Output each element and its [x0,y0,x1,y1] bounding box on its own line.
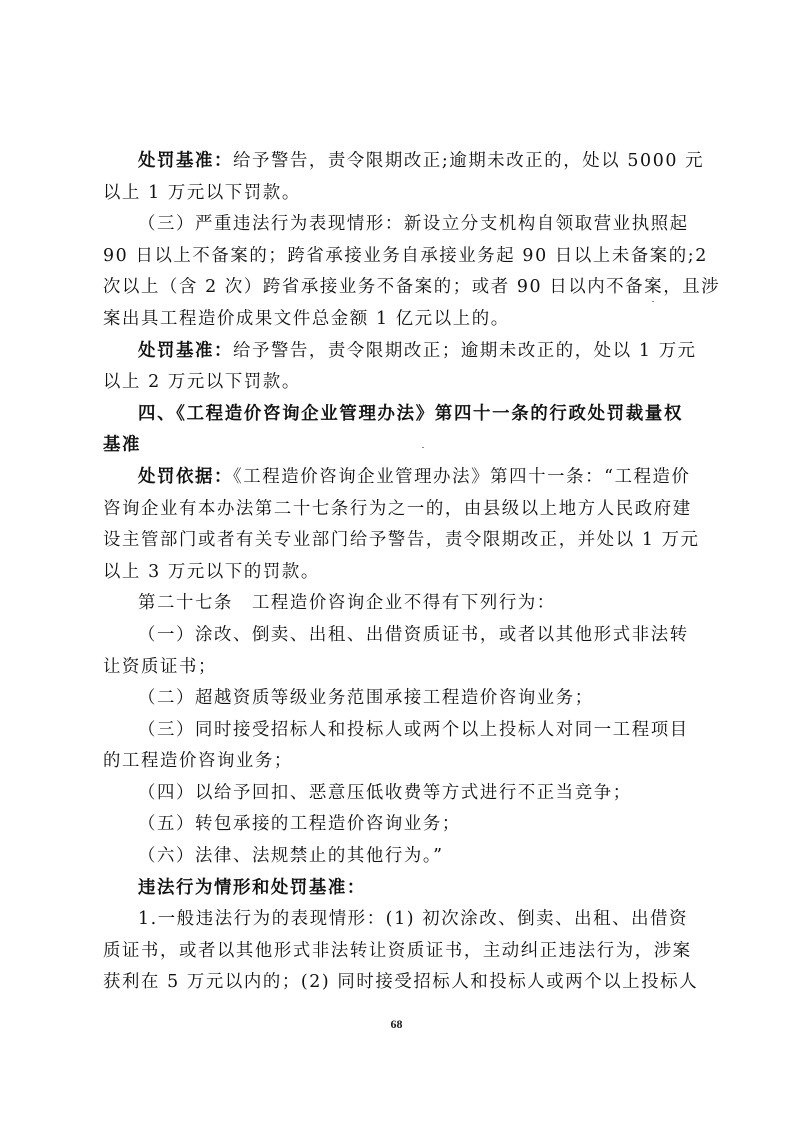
list-item-6: （六）法律、法规禁止的其他行为。” [103,841,683,873]
text-line: 以上 3 万元以下的罚款。 [103,557,683,589]
text-line: 咨询企业有本办法第二十七条行为之一的，由县级以上地方人民政府建 [103,494,683,526]
text-line: 让资质证书； [103,652,683,684]
text-line: 90 日以上不备案的；跨省承接业务自承接业务起 90 日以上未备案的;2 [103,241,683,273]
list-item-2: （二）超越资质等级业务范围承接工程造价咨询业务； [103,683,683,715]
general-violation-paragraph: 1.一般违法行为的表现情形：(1) 初次涂改、倒卖、出租、出借资 [103,904,683,936]
text-line: 的工程造价咨询业务； [103,746,683,778]
penalty-standard-label: 处罚基准： [138,151,233,171]
list-item-5: （五）转包承接的工程造价咨询业务； [103,809,683,841]
text-line: 质证书，或者以其他形式非法转让资质证书，主动纠正违法行为，涉案 [103,936,683,968]
article-27-heading: 第二十七条 工程造价咨询企业不得有下列行为： [103,588,683,620]
text-line: 以上 2 万元以下罚款。 [103,367,683,399]
penalty-basis-line: 处罚依据：《工程造价咨询企业管理办法》第四十一条：“工程造价 [103,462,683,494]
section-heading: 四、《工程造价咨询企业管理办法》第四十一条的行政处罚裁量权 [103,399,683,431]
section-heading-continued: 基准 [103,430,683,462]
text-line: 案出具工程造价成果文件总金额 1 亿元以上的。 [103,304,683,336]
penalty-standard-line: 处罚基准：给予警告，责令限期改正;逾期未改正的，处以 5000 元 [103,146,683,178]
list-item-4: （四）以给予回扣、恶意压低收费等方式进行不正当竞争； [103,778,683,810]
serious-violation-paragraph: （三）严重违法行为表现情形：新设立分支机构自领取营业执照起 [103,209,683,241]
violation-standards-heading: 违法行为情形和处罚基准： [103,873,683,905]
text-line: 以上 1 万元以下罚款。 [103,178,683,210]
scan-speck [652,301,654,302]
text-line: 设主管部门或者有关专业部门给予警告，责令限期改正，并处以 1 万元 [103,525,683,557]
scan-speck [422,447,424,448]
list-item-3: （三）同时接受招标人和投标人或两个以上投标人对同一工程项目 [103,715,683,747]
document-body: 处罚基准：给予警告，责令限期改正;逾期未改正的，处以 5000 元 以上 1 万… [103,146,683,999]
penalty-standard-line: 处罚基准：给予警告，责令限期改正；逾期未改正的，处以 1 万元 [103,336,683,368]
page-number: 68 [0,1017,793,1032]
list-item-1: （一）涂改、倒卖、出租、出借资质证书，或者以其他形式非法转 [103,620,683,652]
text-line: 次以上（含 2 次）跨省承接业务不备案的；或者 90 日以内不备案，且涉 [103,272,683,304]
text-line: 获利在 5 万元以内的；(2) 同时接受招标人和投标人或两个以上投标人 [103,967,683,999]
penalty-standard-label: 处罚基准： [138,341,233,361]
penalty-basis-label: 处罚依据： [138,467,233,487]
